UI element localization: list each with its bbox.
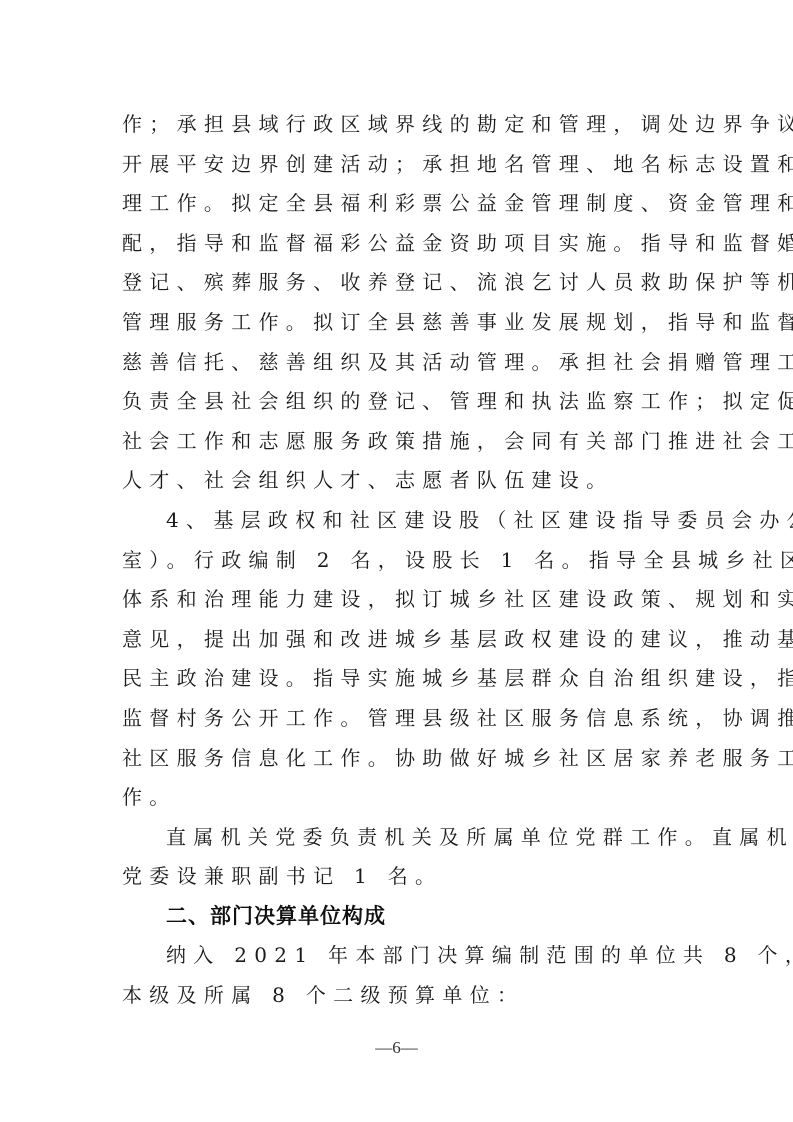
text-line: 开展平安边界创建活动；承担地名管理、地名标志设置和管 (122, 145, 678, 185)
text-line: 作；承担县域行政区域界线的勘定和管理，调处边界争议， (122, 105, 678, 145)
text-line: 党委设兼职副书记 1 名。 (122, 857, 678, 897)
document-page: 作；承担县域行政区域界线的勘定和管理，调处边界争议， 开展平安边界创建活动；承担… (0, 0, 793, 1122)
paragraph-budget-units: 纳入 2021 年本部门决算编制范围的单位共 8 个，包括 本级及所属 8 个二… (122, 936, 678, 1015)
document-body: 作；承担县域行政区域界线的勘定和管理，调处边界争议， 开展平安边界创建活动；承担… (122, 105, 678, 1016)
text-line: 意见，提出加强和改进城乡基层政权建设的建议，推动基层 (122, 620, 678, 660)
paragraph-party-committee: 直属机关党委负责机关及所属单位党群工作。直属机关 党委设兼职副书记 1 名。 (122, 818, 678, 897)
section-heading: 二、部门决算单位构成 (122, 897, 678, 937)
text-line: 理工作。拟定全县福利彩票公益金管理制度、资金管理和分 (122, 184, 678, 224)
text-line: 4、基层政权和社区建设股（社区建设指导委员会办公 (122, 501, 678, 541)
paragraph-grassroots-community-section: 4、基层政权和社区建设股（社区建设指导委员会办公 室）。行政编制 2 名，设股长… (122, 501, 678, 818)
text-line: 纳入 2021 年本部门决算编制范围的单位共 8 个，包括 (122, 936, 678, 976)
text-line: 社会工作和志愿服务政策措施，会同有关部门推进社会工作 (122, 422, 678, 462)
text-line: 体系和治理能力建设，拟订城乡社区建设政策、规划和实施 (122, 580, 678, 620)
page-number: —6— (0, 1038, 793, 1058)
text-line: 慈善信托、慈善组织及其活动管理。承担社会捐赠管理工作。 (122, 343, 678, 383)
text-line: 监督村务公开工作。管理县级社区服务信息系统，协调推进 (122, 699, 678, 739)
text-line: 民主政治建设。指导实施城乡基层群众自治组织建设，指导、 (122, 659, 678, 699)
text-line: 直属机关党委负责机关及所属单位党群工作。直属机关 (122, 818, 678, 858)
text-line: 登记、殡葬服务、收养登记、流浪乞讨人员救助保护等机构 (122, 263, 678, 303)
text-line: 作。 (122, 778, 678, 818)
paragraph-duties-continued: 作；承担县域行政区域界线的勘定和管理，调处边界争议， 开展平安边界创建活动；承担… (122, 105, 678, 501)
text-line: 管理服务工作。拟订全县慈善事业发展规划，指导和监督全 (122, 303, 678, 343)
text-line: 人才、社会组织人才、志愿者队伍建设。 (122, 461, 678, 501)
text-line: 社区服务信息化工作。协助做好城乡社区居家养老服务工 (122, 739, 678, 779)
text-line: 本级及所属 8 个二级预算单位： (122, 976, 678, 1016)
text-line: 室）。行政编制 2 名，设股长 1 名。指导全县城乡社区治理 (122, 541, 678, 581)
text-line: 配，指导和监督福彩公益金资助项目实施。指导和监督婚姻 (122, 224, 678, 264)
text-line: 负责全县社会组织的登记、管理和执法监察工作；拟定促进 (122, 382, 678, 422)
